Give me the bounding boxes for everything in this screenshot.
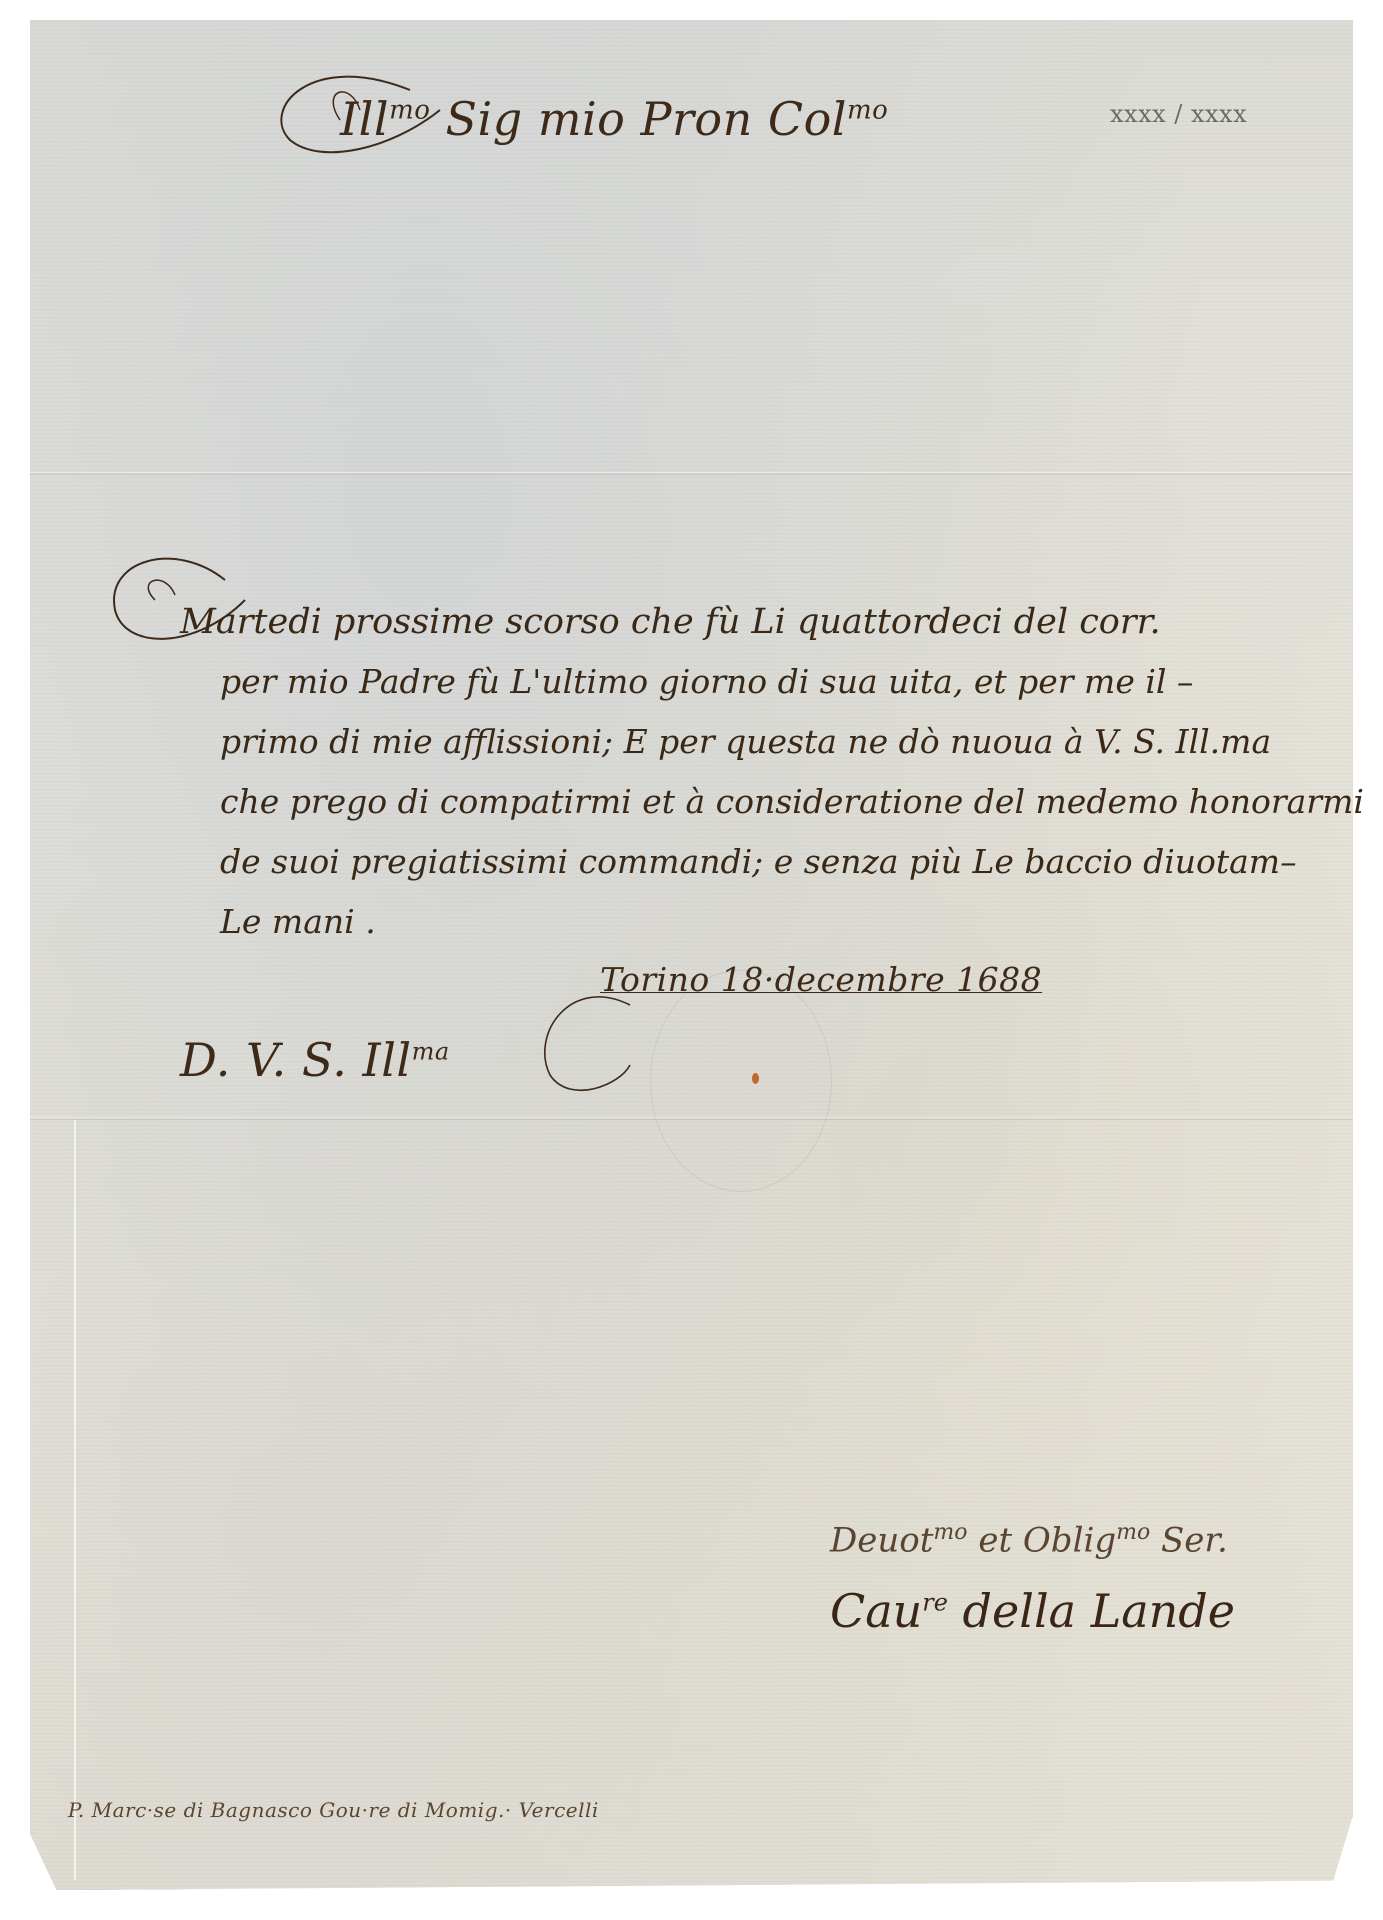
archive-pencil-note: xxxx / xxxx [1110,100,1247,128]
fold-line-upper [30,472,1353,475]
fold-line-left-edge [74,1120,76,1880]
body-line-4: che prego di compatirmi et à considerati… [140,772,1320,832]
body-line-2: per mio Padre fù L'ultimo giorno di sua … [140,652,1320,712]
address-note: P. Marc·se di Bagnasco Gou·re di Momig.·… [68,1798,599,1822]
signature-name: Caure della Lande [830,1584,1330,1638]
salutation-colmo: Col [753,92,847,146]
letter-body: Martedi prossime scorso che fù Li quatto… [140,592,1320,952]
salutation-sig: Sig [430,92,522,146]
body-line-1: Martedi prossime scorso che fù Li quatto… [140,592,1320,652]
date-flourish-icon [530,975,640,1105]
paper-watermark [650,970,832,1192]
salutation-illmo: Ill [340,92,389,146]
salutation-mio-pron: mio Pron [523,92,753,146]
body-line-5: de suoi pregiatissimi commandi; e senza … [140,832,1320,892]
signature-complimentary-close: Deuotmo et Obligmo Ser. [830,1520,1330,1560]
salutation: Illmo Sig mio Pron Colmo [340,92,888,146]
closing-vsi: D. V. S. Illma [180,1033,450,1087]
ink-stain [752,1073,759,1084]
body-line-6: Le mani . [140,892,1320,952]
body-line-3: primo di mie afflissioni; E per questa n… [140,712,1320,772]
place-date: Torino 18·decembre 1688 [600,960,1042,999]
signature-block: Deuotmo et Obligmo Ser. Caure della Land… [830,1520,1330,1638]
